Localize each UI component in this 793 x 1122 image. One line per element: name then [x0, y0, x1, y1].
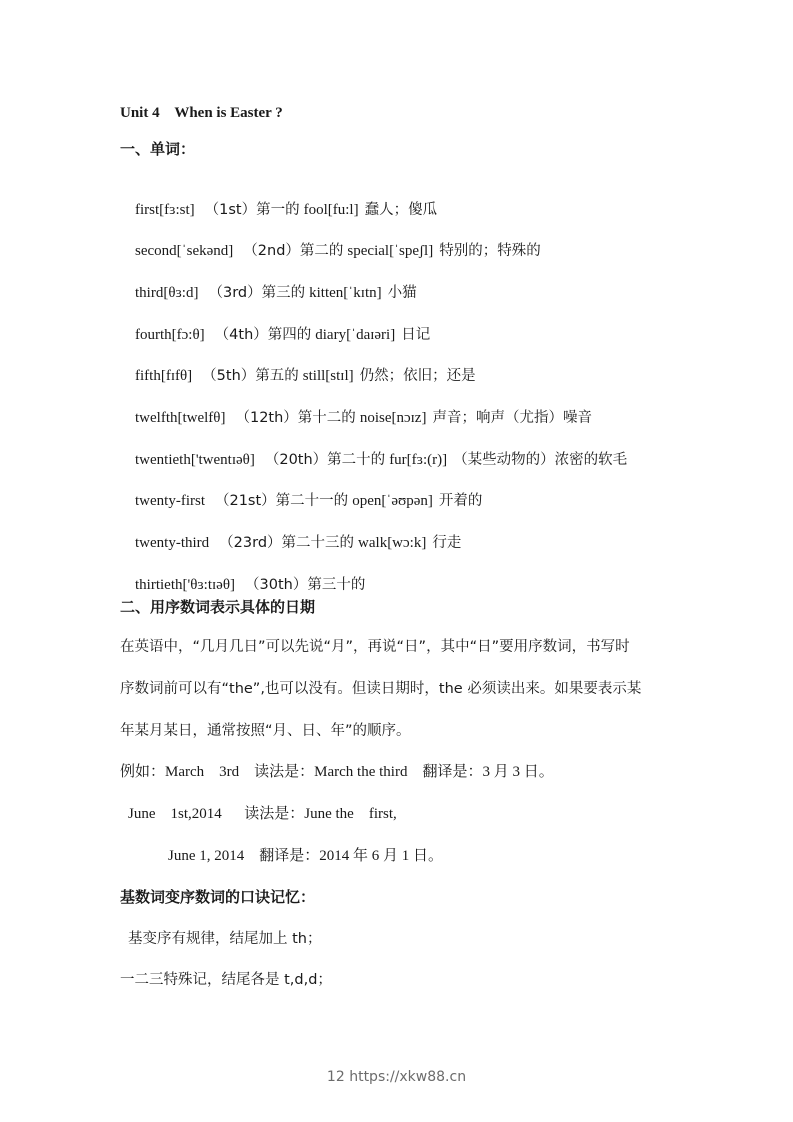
vocab-word: fifth[fɪfθ]: [135, 368, 192, 384]
vocab-word2: still[stɪl]: [303, 368, 354, 384]
paragraph-line: 序数词前可以有“the”,也可以没有。但读日期时，the 必须读出来。如果要表示…: [120, 679, 641, 699]
vocab-ordinal: （2nd）第二的: [243, 243, 343, 259]
vocab-word2: kitten[ˈkɪtn]: [309, 285, 381, 301]
vocab-word2: noise[nɔɪz]: [360, 410, 427, 426]
section-heading-mnemonic: 基数词变序数词的口诀记忆：: [120, 887, 315, 907]
paragraph-line: 年某月某日，通常按照“月、日、年”的顺序。: [120, 721, 411, 741]
vocab-word: twentieth['twentɪəθ]: [135, 452, 255, 468]
vocab-word: twenty-first: [135, 493, 205, 509]
footer-url[interactable]: https://xkw88.cn: [349, 1069, 466, 1085]
vocab-word: first[fɜ:st]: [135, 202, 195, 218]
vocab-ordinal: （1st）第一的: [205, 202, 300, 218]
vocab-meaning2: 行走: [432, 535, 461, 551]
mnemonic-line: 一二三特殊记，结尾各是 t,d,d；: [120, 970, 332, 990]
section-heading-vocabulary: 一、单词：: [120, 139, 195, 159]
vocab-word: second[ˈsekənd]: [135, 243, 233, 259]
vocab-word: twenty-third: [135, 535, 209, 551]
vocab-meaning2: 开着的: [439, 493, 483, 509]
vocab-meaning2: 蠢人；傻瓜: [365, 202, 438, 218]
page-number: 12: [327, 1069, 345, 1085]
page-footer: 12 https://xkw88.cn: [0, 1069, 793, 1085]
vocab-word2: special[ˈspeʃl]: [347, 243, 433, 259]
vocab-word: thirtieth['θɜ:tɪəθ]: [135, 577, 235, 593]
vocab-word2: walk[wɔ:k]: [358, 535, 426, 551]
vocab-meaning2: 小猫: [388, 285, 417, 301]
vocab-meaning2: 特别的；特殊的: [439, 243, 541, 259]
vocab-ordinal: （21st）第二十一的: [215, 493, 348, 509]
vocab-ordinal: （30th）第三十的: [245, 577, 365, 593]
example-line: June 1, 2014 翻译是：2014 年 6 月 1 日。: [168, 846, 443, 866]
section-heading-dates: 二、用序数词表示具体的日期: [120, 597, 315, 617]
vocab-meaning2: （某些动物的）浓密的软毛: [453, 452, 627, 468]
vocab-meaning2: 仍然；依旧；还是: [360, 368, 476, 384]
mnemonic-line: 基变序有规律，结尾加上 th；: [128, 929, 321, 949]
vocab-ordinal: （5th）第五的: [202, 368, 299, 384]
vocab-word2: open[ˈəʊpən]: [352, 493, 433, 509]
vocab-word2: fur[fɜ:(r)]: [389, 452, 447, 468]
paragraph-line: 在英语中，“几月几日”可以先说“月”，再说“日”，其中“日”要用序数词，书写时: [120, 637, 630, 657]
vocab-word2: diary[ˈdaɪəri]: [315, 327, 395, 343]
document-page: Unit 4 When is Easter ? 一、单词： first[fɜ:s…: [0, 0, 793, 1122]
vocab-ordinal: （4th）第四的: [215, 327, 312, 343]
example-line: June 1st,2014 读法是：June the first,: [128, 804, 397, 824]
vocab-word: fourth[fɔ:θ]: [135, 327, 205, 343]
example-line: 例如：March 3rd 读法是：March the third 翻译是：3 月…: [120, 762, 554, 782]
vocab-ordinal: （20th）第二十的: [265, 452, 385, 468]
vocab-word2: fool[fu:l]: [304, 202, 359, 218]
unit-title: Unit 4 When is Easter ?: [120, 103, 283, 123]
vocab-word: third[θɜ:d]: [135, 285, 198, 301]
vocab-meaning2: 日记: [401, 327, 430, 343]
vocab-word: twelfth[twelfθ]: [135, 410, 225, 426]
vocab-meaning2: 声音；响声（尤指）噪音: [432, 410, 592, 426]
vocab-ordinal: （23rd）第二十三的: [219, 535, 354, 551]
vocab-ordinal: （12th）第十二的: [235, 410, 355, 426]
vocab-ordinal: （3rd）第三的: [208, 285, 305, 301]
